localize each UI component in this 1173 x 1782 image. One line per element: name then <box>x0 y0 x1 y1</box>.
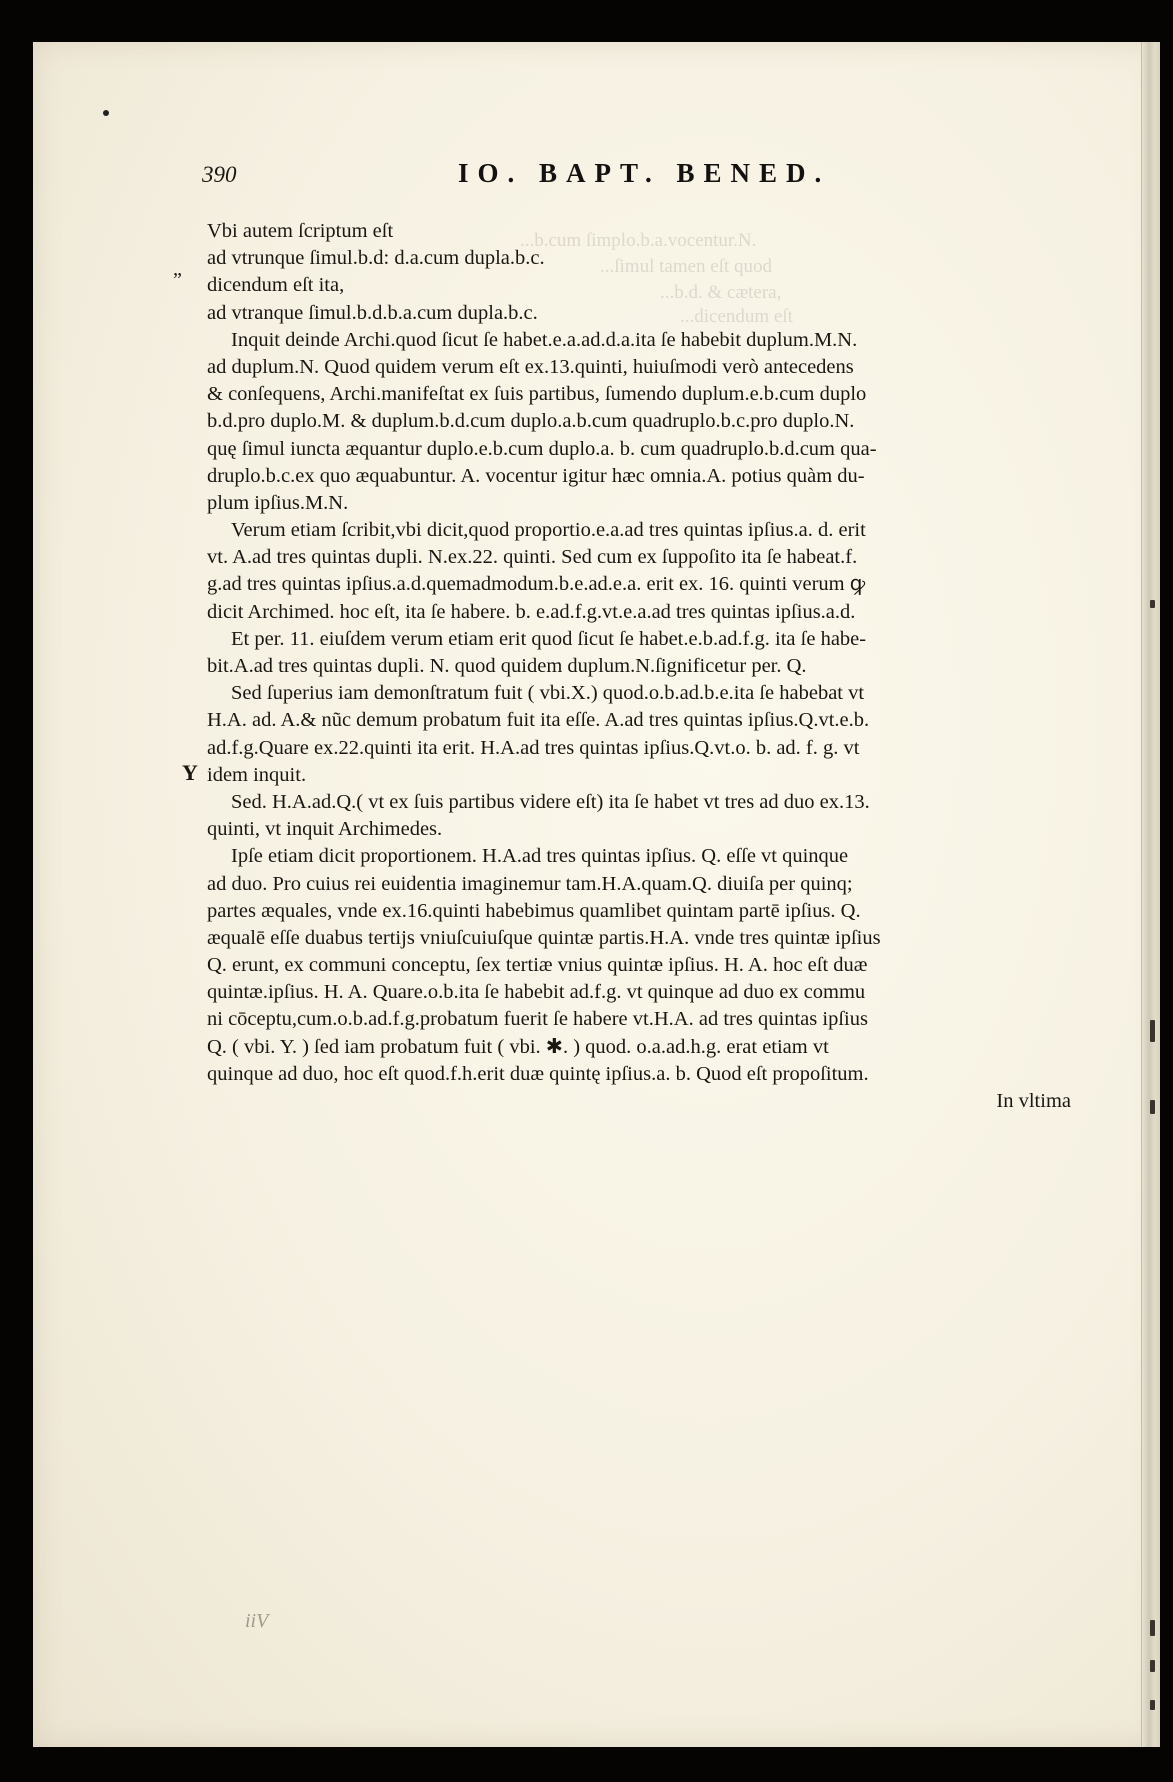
text-line: Sed ſuperius iam demonſtratum fuit ( vbi… <box>207 680 1077 707</box>
text-line: quinque ad duo, hoc eſt quod.f.h.erit du… <box>207 1061 1077 1088</box>
text-line: plum ipſius.M.N. <box>207 490 1077 517</box>
catchword: In vltima <box>207 1088 1077 1115</box>
text-line: quinti, vt inquit Archimedes. <box>207 816 1077 843</box>
text-line: Verum etiam ſcribit,vbi dicit,quod propo… <box>207 517 1077 544</box>
text-line: dicendum eſt ita, <box>207 272 1077 299</box>
text-line: druplo.b.c.ex quo æquabuntur. A. vocentu… <box>207 463 1077 490</box>
page-header: 390 IO. BAPT. BENED. <box>190 158 990 188</box>
text-line: Q. ( vbi. Y. ) ſed iam probatum fuit ( v… <box>207 1034 1077 1061</box>
bleed-through-signature: iiV <box>245 1610 268 1633</box>
text-line: g.ad tres quintas ipſius.a.d.quemadmodum… <box>207 571 1077 598</box>
text-line: bit.A.ad tres quintas dupli. N. quod qui… <box>207 653 1077 680</box>
text-line: Et per. 11. eiuſdem verum etiam erit quo… <box>207 626 1077 653</box>
text-line: Sed. H.A.ad.Q.( vt ex ſuis partibus vide… <box>207 789 1077 816</box>
text-line: H.A. ad. A.& nũc demum probatum fuit ita… <box>207 707 1077 734</box>
page-number: 390 <box>202 162 237 188</box>
text-line: ad.f.g.Quare ex.22.quinti ita erit. H.A.… <box>207 735 1077 762</box>
text-line: ad duo. Pro cuius rei euidentia imaginem… <box>207 871 1077 898</box>
text-line: ad duplum.N. Quod quidem verum eſt ex.13… <box>207 354 1077 381</box>
text-line: æqualē eſſe duabus tertijs vniuſcuiuſque… <box>207 925 1077 952</box>
text-line: & conſequens, Archi.manifeſtat ex ſuis p… <box>207 381 1077 408</box>
text-line: b.d.pro duplo.M. & duplum.b.d.cum duplo.… <box>207 408 1077 435</box>
margin-note-y: Y <box>182 760 198 786</box>
text-line: Q. erunt, ex communi conceptu, ſex terti… <box>207 952 1077 979</box>
text-line: ad vtrunque ſimul.b.d: d.a.cum dupla.b.c… <box>207 245 1077 272</box>
running-head: IO. BAPT. BENED. <box>458 158 830 189</box>
ink-spot <box>103 110 109 116</box>
text-line: dicit Archimed. hoc eſt, ita ſe habere. … <box>207 599 1077 626</box>
text-line: quę ſimul iuncta æquantur duplo.e.b.cum … <box>207 436 1077 463</box>
text-line: idem inquit. <box>207 762 1077 789</box>
gutter-ink-marks <box>1148 600 1158 1740</box>
text-line: partes æquales, vnde ex.16.quinti habebi… <box>207 898 1077 925</box>
text-line: Inquit deinde Archi.quod ſicut ſe habet.… <box>207 327 1077 354</box>
text-line: vt. A.ad tres quintas dupli. N.ex.22. qu… <box>207 544 1077 571</box>
text-line: ad vtranque ſimul.b.d.b.a.cum dupla.b.c. <box>207 300 1077 327</box>
text-line: ni cōceptu,cum.o.b.ad.f.g.probatum fueri… <box>207 1006 1077 1033</box>
body-text: Vbi autem ſcriptum eſt ad vtrunque ſimul… <box>207 218 1077 1115</box>
margin-quote-mark: „ <box>173 258 182 281</box>
text-line: Ipſe etiam dicit proportionem. H.A.ad tr… <box>207 843 1077 870</box>
text-line: Vbi autem ſcriptum eſt <box>207 218 1077 245</box>
text-line: quintæ.ipſius. H. A. Quare.o.b.ita ſe ha… <box>207 979 1077 1006</box>
